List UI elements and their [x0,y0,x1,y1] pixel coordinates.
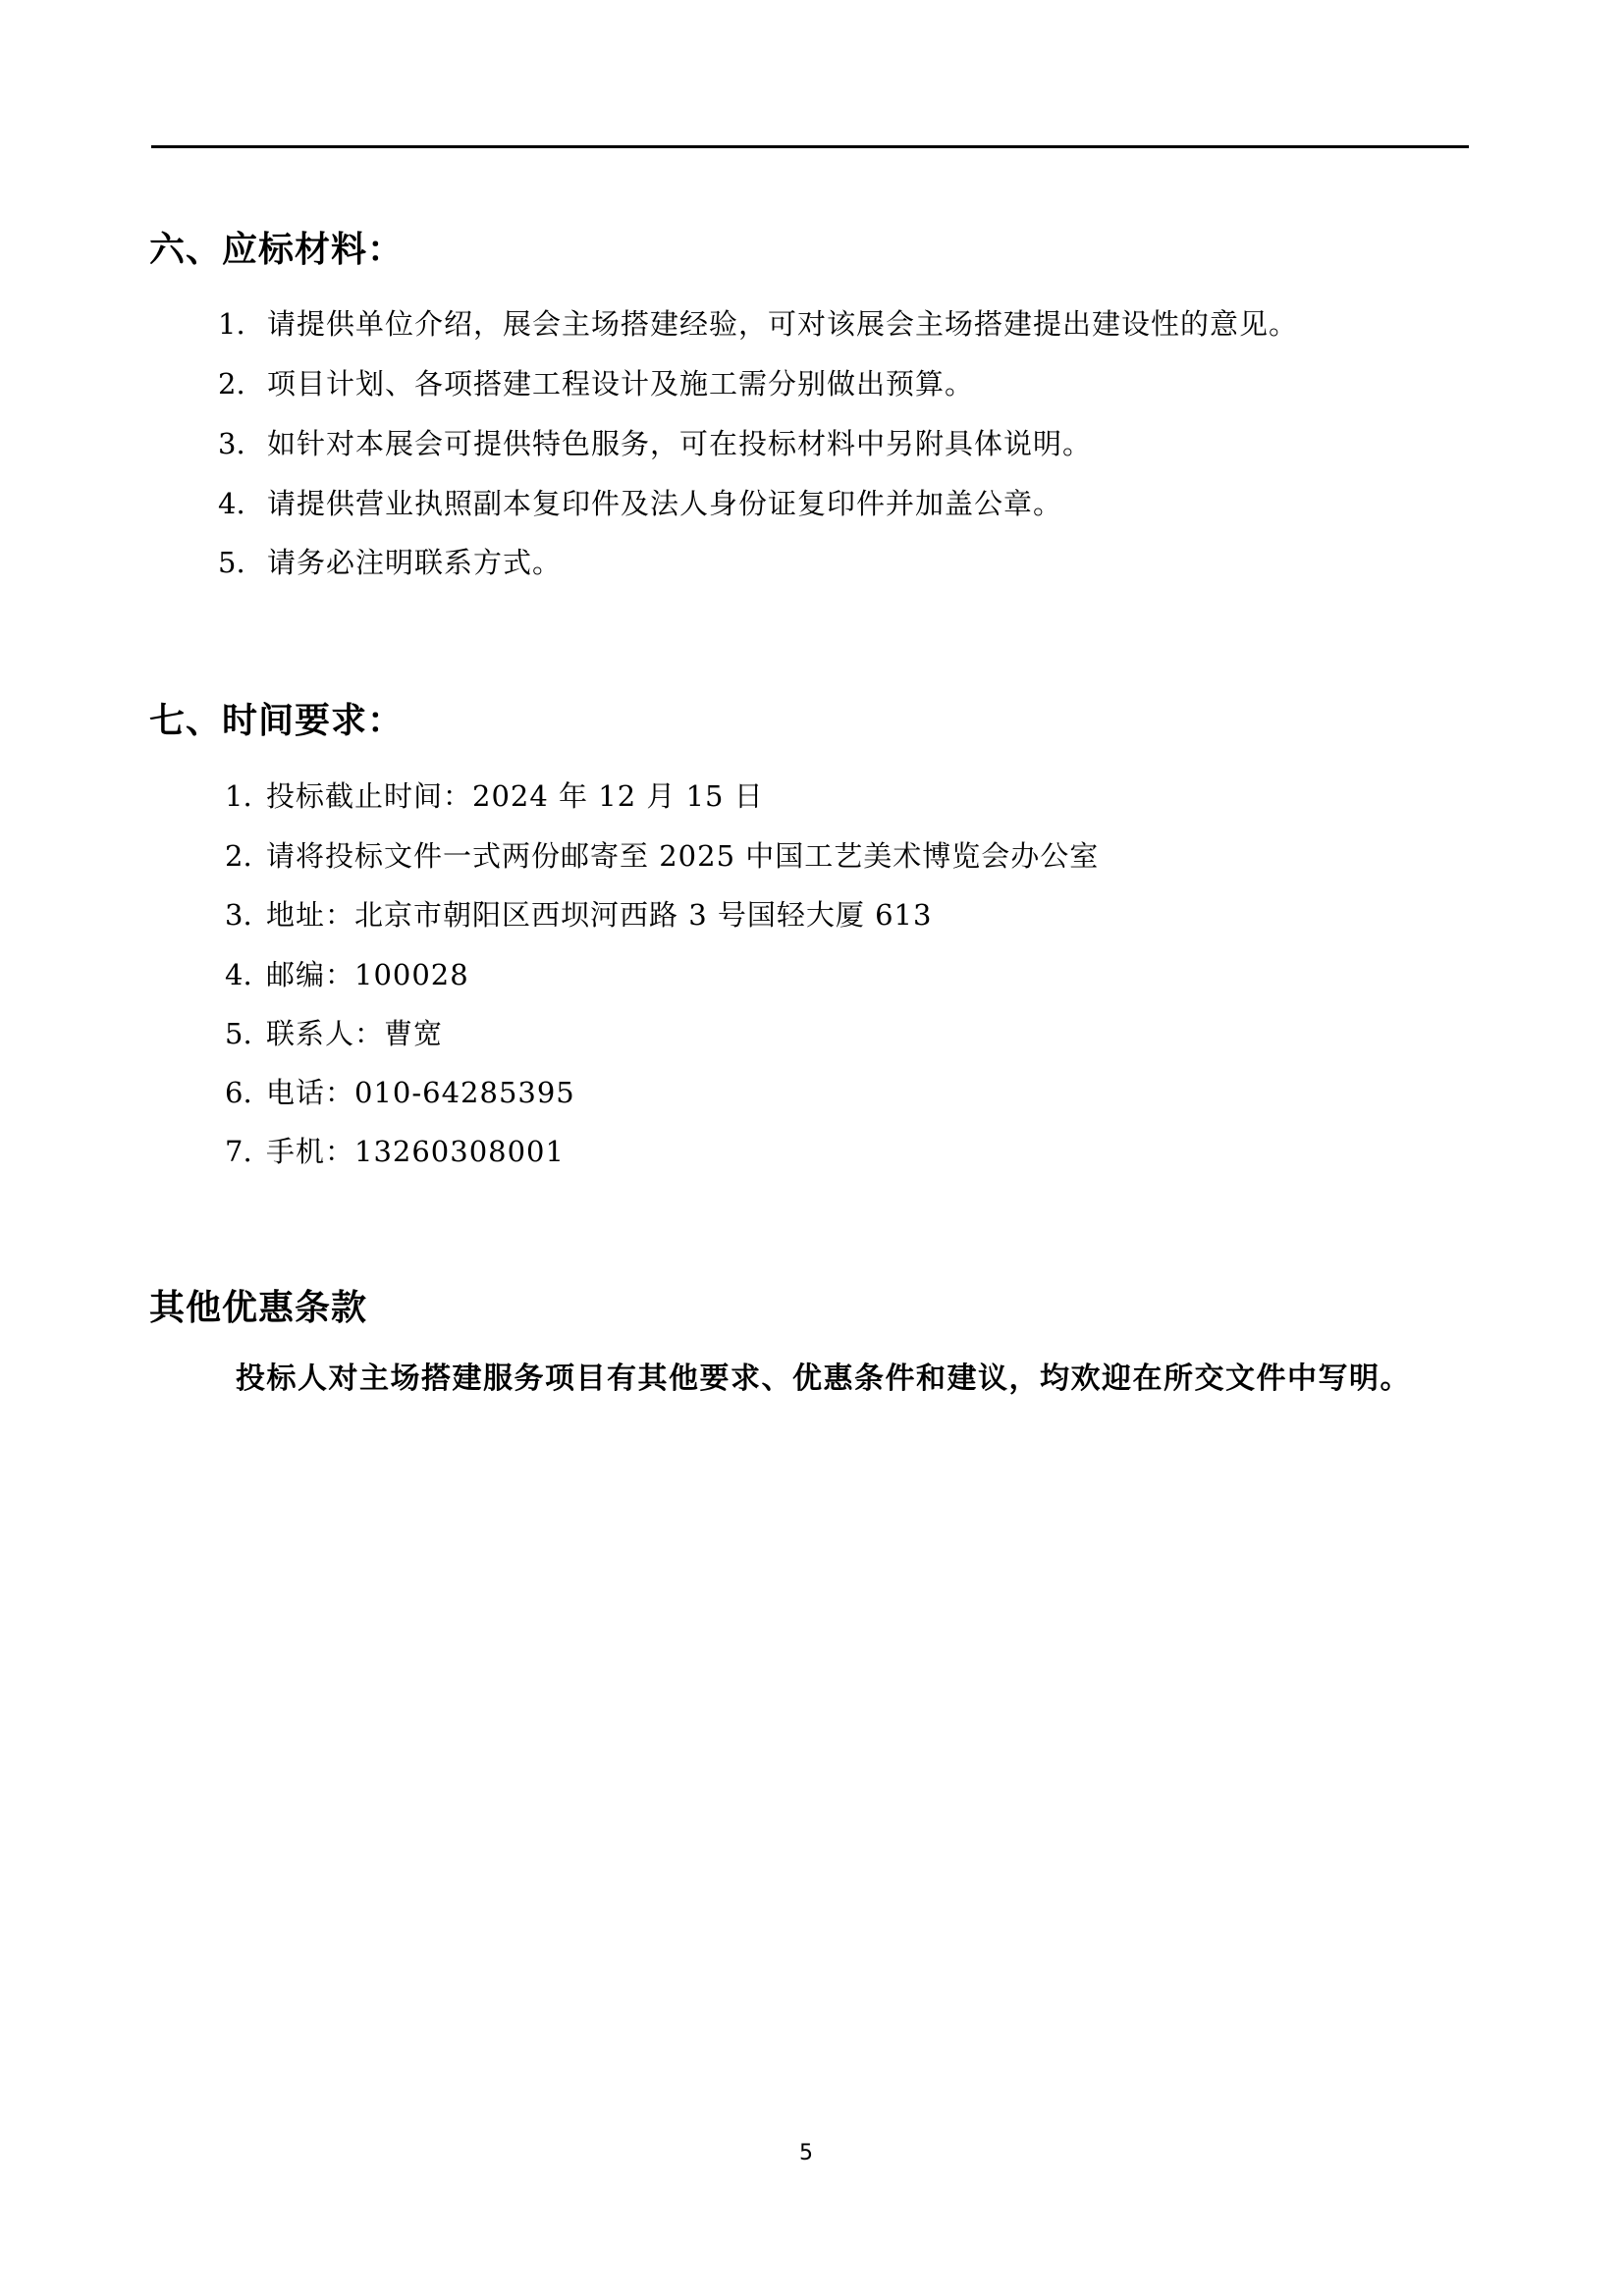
list-item-number: 5. [225,1014,266,1053]
list-item: 5.请务必注明联系方式。 [218,543,562,582]
list-item-text: 联系人：曹宽 [266,1014,443,1053]
list-item-text: 请务必注明联系方式。 [267,543,562,582]
list-item: 6.电话：010-64285395 [225,1073,575,1112]
list-item: 3.如针对本展会可提供特色服务，可在投标材料中另附具体说明。 [218,424,1092,463]
list-item: 1.投标截止时间：2024 年 12 月 15 日 [225,776,764,816]
list-item-text: 请提供营业执照副本复印件及法人身份证复印件并加盖公章。 [267,484,1062,523]
list-item-number: 4. [225,955,266,994]
section-heading-bid-materials: 六、应标材料： [149,229,404,272]
list-item: 4.请提供营业执照副本复印件及法人身份证复印件并加盖公章。 [218,484,1062,523]
list-item: 3.地址：北京市朝阳区西坝河西路 3 号国轻大厦 613 [225,895,932,934]
header-rule [151,145,1469,148]
list-item-text: 地址：北京市朝阳区西坝河西路 3 号国轻大厦 613 [266,895,932,934]
list-item: 5.联系人：曹宽 [225,1014,443,1053]
list-item: 1.请提供单位介绍，展会主场搭建经验，可对该展会主场搭建提出建设性的意见。 [218,304,1298,344]
list-item-text: 如针对本展会可提供特色服务，可在投标材料中另附具体说明。 [267,424,1092,463]
list-item-number: 4. [218,484,267,523]
list-item-number: 3. [225,895,266,934]
list-item: 7.手机：13260308001 [225,1132,565,1171]
list-item-text: 手机：13260308001 [266,1132,565,1171]
list-item-number: 3. [218,424,267,463]
list-item-number: 6. [225,1073,266,1112]
other-terms-paragraph: 投标人对主场搭建服务项目有其他要求、优惠条件和建议，均欢迎在所交文件中写明。 [236,1360,1411,1399]
list-item: 4.邮编：100028 [225,955,469,994]
list-item-number: 2. [225,836,266,876]
list-item: 2.项目计划、各项搭建工程设计及施工需分别做出预算。 [218,364,974,403]
list-item-text: 请提供单位介绍，展会主场搭建经验，可对该展会主场搭建提出建设性的意见。 [267,304,1298,344]
list-item-number: 1. [218,304,267,344]
list-item: 2.请将投标文件一式两份邮寄至 2025 中国工艺美术博览会办公室 [225,836,1099,876]
section-heading-time-requirements: 七、时间要求： [149,700,404,743]
list-item-number: 7. [225,1132,266,1171]
section-heading-other-terms: 其他优惠条款 [149,1287,367,1330]
list-item-text: 投标截止时间：2024 年 12 月 15 日 [266,776,764,816]
list-item-text: 邮编：100028 [266,955,469,994]
list-item-text: 请将投标文件一式两份邮寄至 2025 中国工艺美术博览会办公室 [266,836,1099,876]
list-item-number: 1. [225,776,266,816]
list-item-text: 电话：010-64285395 [266,1073,575,1112]
list-item-number: 2. [218,364,267,403]
list-item-text: 项目计划、各项搭建工程设计及施工需分别做出预算。 [267,364,974,403]
page-number: 5 [799,2140,813,2167]
list-item-number: 5. [218,543,267,582]
